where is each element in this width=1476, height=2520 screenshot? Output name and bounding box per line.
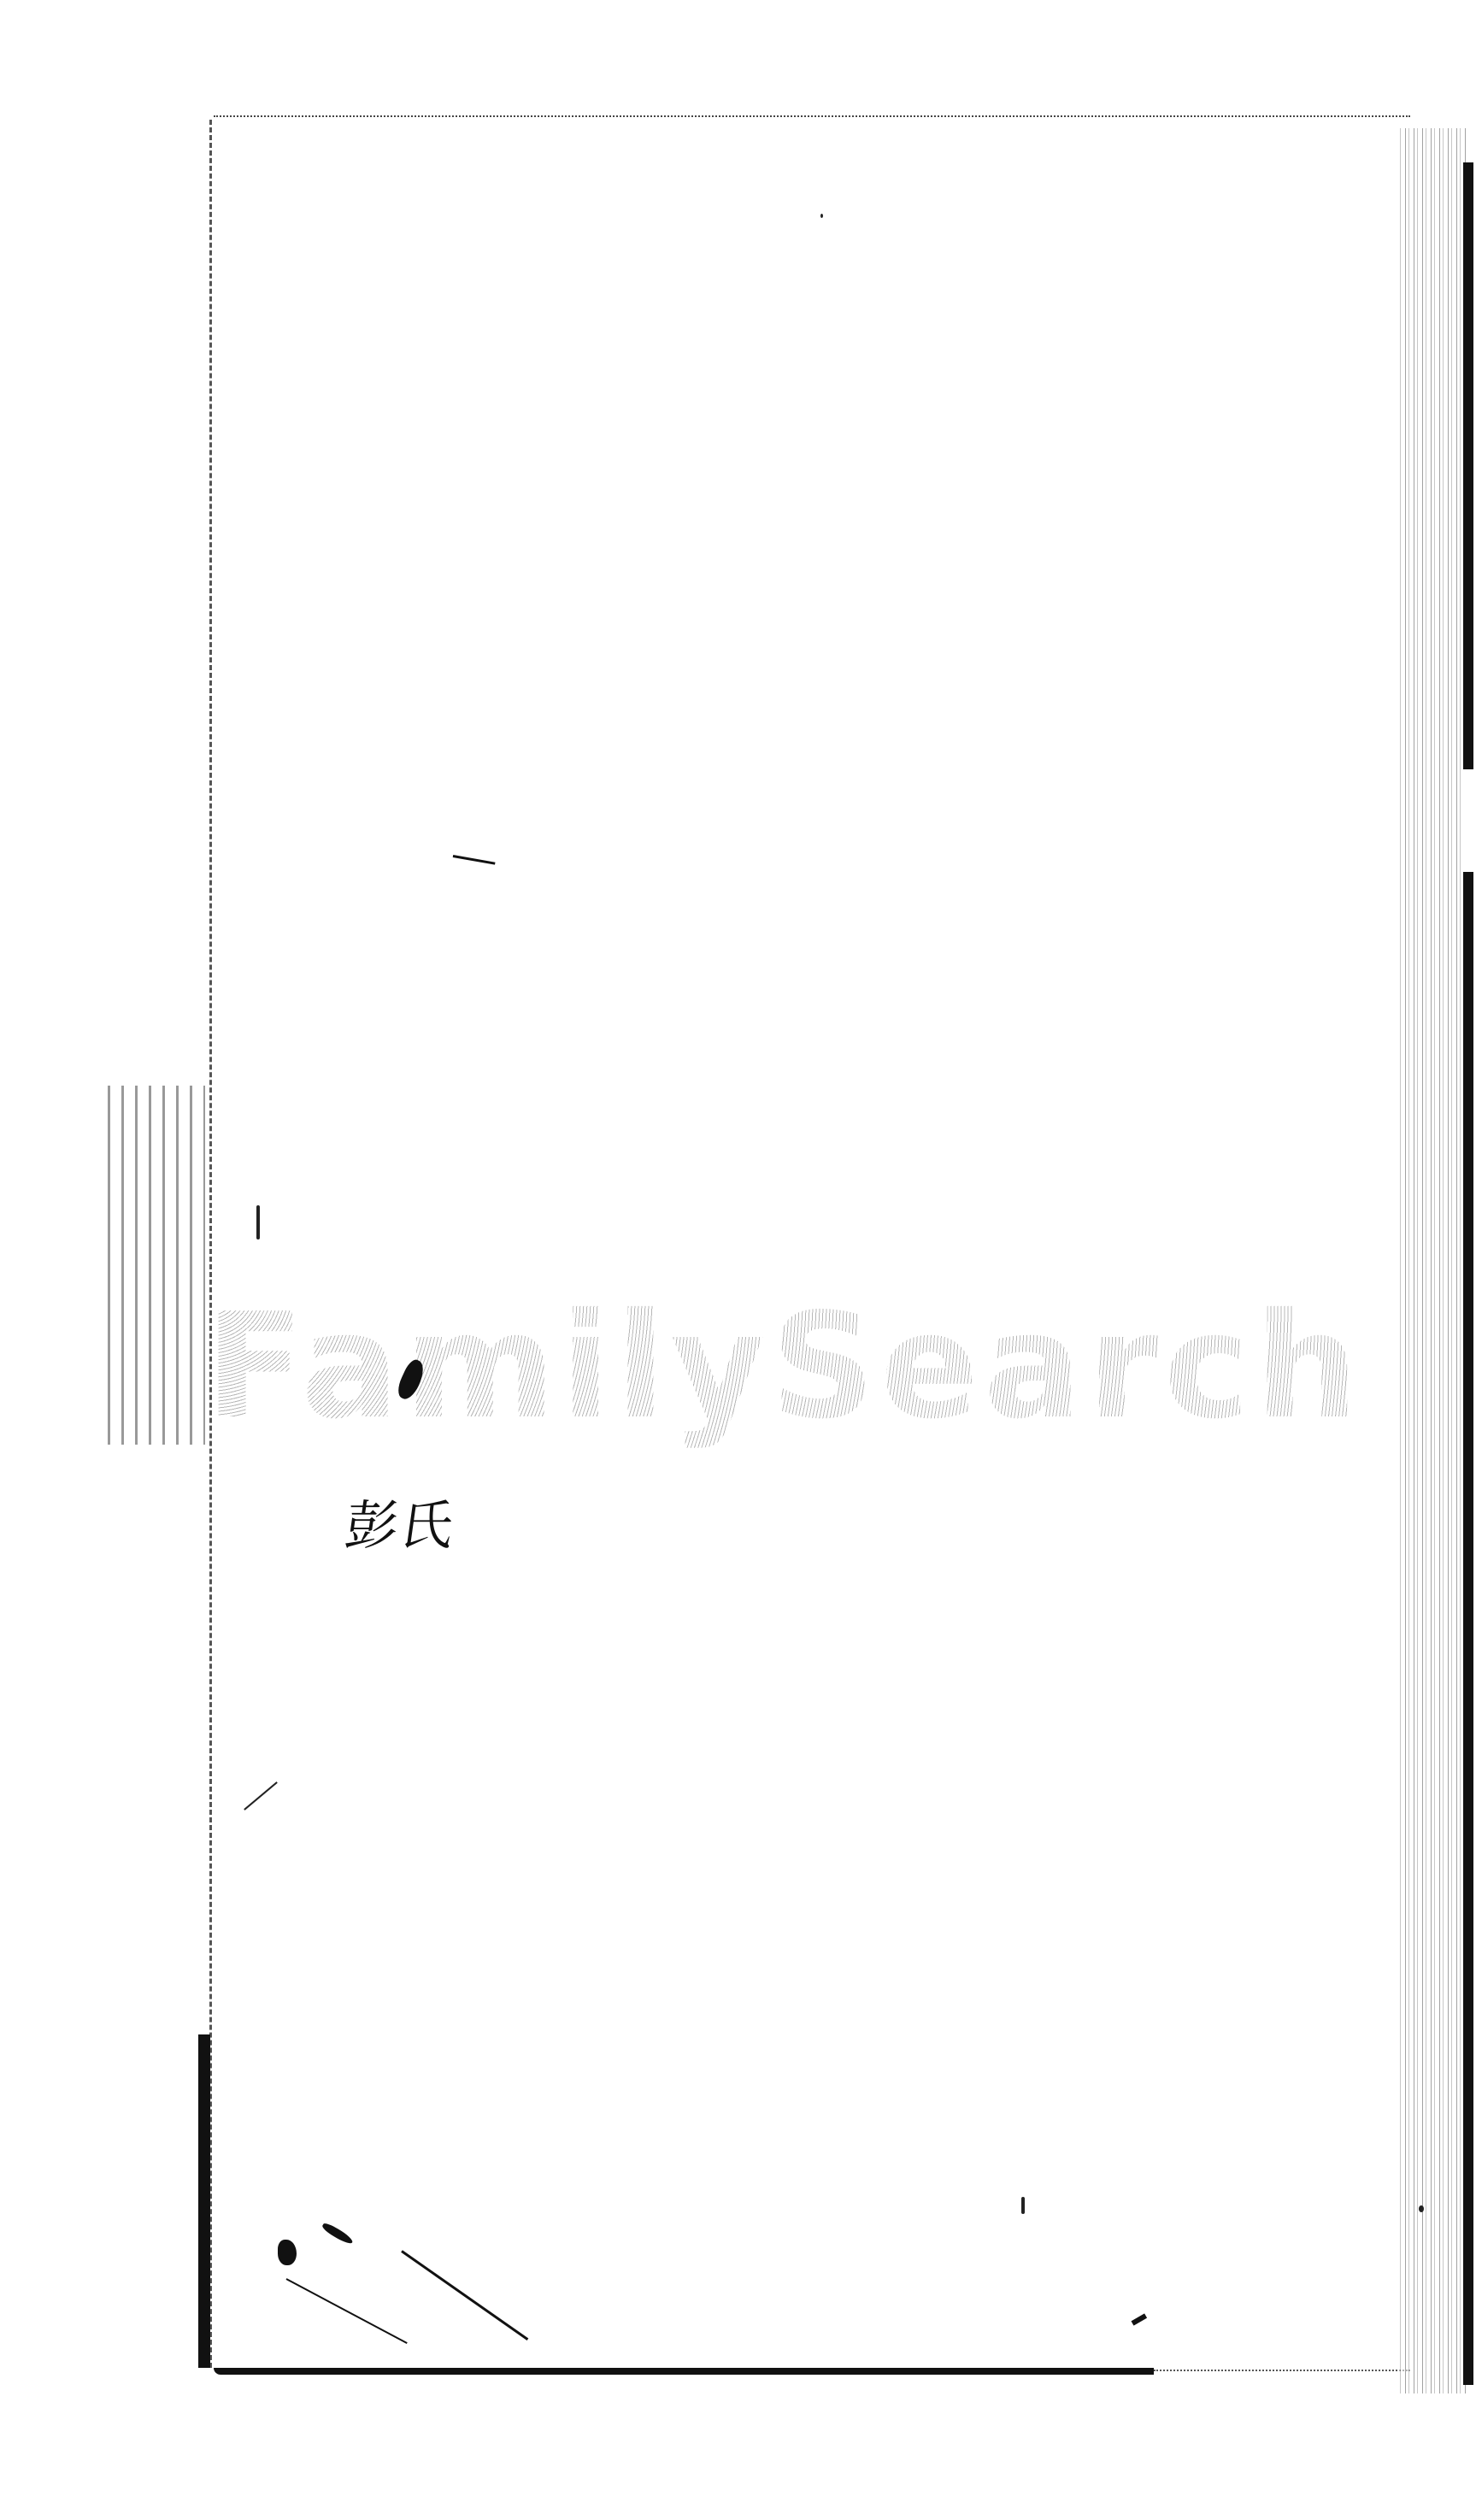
ink-stroke	[286, 2278, 408, 2344]
page-stack-edge	[1397, 128, 1466, 2393]
ink-speck	[256, 1205, 260, 1239]
page-border-bottom	[214, 2368, 1154, 2375]
page-edge-gap	[1463, 769, 1473, 872]
ink-stroke	[453, 855, 496, 865]
ink-smudge	[278, 2240, 297, 2265]
page-border-top	[214, 115, 1410, 117]
familysearch-watermark: FamilySearch	[205, 1282, 1363, 1451]
ink-stroke	[401, 2250, 528, 2340]
handwritten-note: 彭氏	[341, 1483, 462, 1559]
page-edge-shadow	[1463, 162, 1473, 2385]
ink-speck	[1021, 2197, 1025, 2214]
ink-speck	[820, 214, 823, 218]
page-border-left	[209, 120, 212, 2368]
ink-smudge	[320, 2222, 355, 2246]
page-border-bottom-faint	[1154, 2370, 1410, 2371]
binding-residue	[103, 1086, 205, 1445]
page-border-left-dark	[198, 2034, 210, 2368]
ink-speck	[244, 1781, 278, 1811]
ink-stroke	[1132, 2313, 1148, 2325]
ink-speck	[1419, 2205, 1424, 2212]
scanned-page: FamilySearch 彭氏	[0, 0, 1476, 2520]
